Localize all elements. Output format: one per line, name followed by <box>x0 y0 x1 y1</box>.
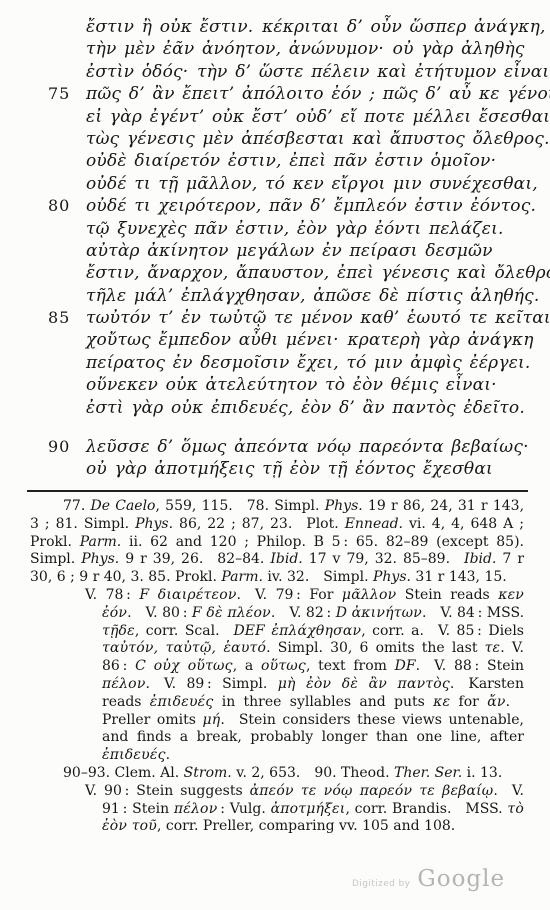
verse-line-text: πῶς δ’ ἂν ἔπειτ’ ἀπόλοιτο ἐόν ; πῶς δ’ α… <box>86 84 550 104</box>
apparatus-segment: . V. 82 : <box>271 605 336 621</box>
apparatus-segment: ἀκινήτων <box>347 605 422 621</box>
apparatus-segment: Strom. <box>184 765 232 781</box>
apparatus-citations: 77. De Caelo, 559, 115. 78. Simpl. Phys.… <box>30 498 524 587</box>
verse-line: αὐτὰρ ἀκίνητον μεγάλων ἐν πείρασι δεσμῶν <box>0 240 548 262</box>
apparatus-segment: iv. 32. Simpl. <box>263 569 373 585</box>
apparatus-segment: D <box>336 605 347 621</box>
apparatus-segment: ἐπιδευές <box>102 747 166 763</box>
verse-line: ἔστιν ἢ οὐκ ἔστιν. κέκριται δ’ οὖν ὥσπερ… <box>0 16 548 38</box>
apparatus-segment: , a <box>233 658 261 674</box>
apparatus-segment: i. 13. <box>462 765 502 781</box>
verse-line: οὐδὲ διαίρετόν ἐστιν, ἐπεὶ πᾶν ἐστιν ὁμο… <box>0 150 548 172</box>
verse-line: 85τωὐτόν τ’ ἐν τωὐτῷ τε μένον καθ’ ἑωυτό… <box>0 307 548 329</box>
apparatus-segment: πέλον <box>102 676 146 692</box>
verse-line: ἔστιν, ἄναρχον, ἄπαυστον, ἐπεὶ γένεσις κ… <box>0 262 548 284</box>
verse-line: ἐστὶ γὰρ οὐκ ἐπιδευές, ἐὸν δ’ ἂν παντὸς … <box>0 397 548 419</box>
verse-line: οὐ γὰρ ἀποτμήξεις τῇ ἐὸν τῇ ἐόντος ἔχεσθ… <box>0 458 548 480</box>
apparatus-segment: Phys. <box>81 551 119 567</box>
verse-line-text: οὕνεκεν οὐκ ἀτελεύτητον τὸ ἐὸν θέμις εἶν… <box>86 375 497 395</box>
verse-line-number: 80 <box>48 195 70 217</box>
apparatus-segment: , corr. a. V. 85 : Diels <box>361 623 524 639</box>
verse-line-text: ἔστιν, ἄναρχον, ἄπαυστον, ἐπεὶ γένεσις κ… <box>86 263 550 283</box>
verse-line: χοὔτως ἔμπεδον αὖθι μένει· κρατερὴ γὰρ ἀ… <box>0 329 548 351</box>
google-watermark: Digitized by Google <box>352 866 542 900</box>
verse-line-text: οὐδὲ διαίρετόν ἐστιν, ἐπεὶ πᾶν ἐστιν ὁμο… <box>86 151 496 171</box>
book-page: ἔστιν ἢ οὐκ ἔστιν. κέκριται δ’ οὖν ὥσπερ… <box>0 0 550 910</box>
verse-line: πείρατος ἐν δεσμοῖσιν ἔχει, τό μιν ἀμφὶς… <box>0 352 548 374</box>
verse-line: τῆλε μάλ’ ἐπλάγχθησαν, ἀπῶσε δὲ πίστις ἀ… <box>0 285 548 307</box>
verse-line-number: 75 <box>48 83 70 105</box>
verse-line-text: οὐδέ τι τῇ μᾶλλον, τό κεν εἴργοι μιν συν… <box>86 174 538 194</box>
apparatus-segment: ἐπιδευές <box>150 694 214 710</box>
verse-line-text: τωὐτόν τ’ ἐν τωὐτῷ τε μένον καθ’ ἑωυτό τ… <box>86 308 550 328</box>
apparatus-segment: v. 2, 653. 90. Theod. <box>232 765 394 781</box>
apparatus-segment: 9 r 39, 26. 82–84. <box>119 551 270 567</box>
apparatus-segment: Ennead. <box>345 516 403 532</box>
apparatus-segment: Phys. <box>135 516 173 532</box>
verse-line: 80οὐδέ τι χειρότερον, πᾶν δ’ ἔμπλεόν ἐστ… <box>0 195 548 217</box>
verse-line-text: τὴν μὲν ἐᾶν ἀνόητον, ἀνώνυμον· οὐ γὰρ ἀλ… <box>86 39 525 59</box>
critical-apparatus: 77. De Caelo, 559, 115. 78. Simpl. Phys.… <box>30 498 524 836</box>
apparatus-segment: 17 v 79, 32. 85–89. <box>303 551 464 567</box>
apparatus-notes: V. 90 : Stein suggests ἀπεόν τε νόῳ παρε… <box>102 783 524 836</box>
apparatus-segment: . V. 79 : For <box>237 587 342 603</box>
apparatus-segment: Ther. Ser. <box>394 765 462 781</box>
apparatus-segment: ἀπεόν τε νόῳ παρεόν τε βεβαίῳ <box>250 783 494 799</box>
verse-line-text: πείρατος ἐν δεσμοῖσιν ἔχει, τό μιν ἀμφὶς… <box>86 353 531 373</box>
verse-line: 90λεῦσσε δ’ ὅμως ἀπεόντα νόῳ παρεόντα βε… <box>0 436 548 458</box>
apparatus-segment: V. 78 : <box>85 587 139 603</box>
apparatus-segment: V. 90 : Stein suggests <box>85 783 250 799</box>
verse-line-text: τὼς γένεσις μὲν ἀπέσβεσται καὶ ἄπυστος ὄ… <box>86 129 550 149</box>
apparatus-citations: 90–93. Clem. Al. Strom. v. 2, 653. 90. T… <box>30 765 524 783</box>
apparatus-segment: Phys. <box>373 569 411 585</box>
verse-line-text: ἔστιν ἢ οὐκ ἔστιν. κέκριται δ’ οὖν ὥσπερ… <box>86 17 546 37</box>
apparatus-segment: . V. 84 : MSS. <box>422 605 524 621</box>
verse-line-text: τῷ ξυνεχὲς πᾶν ἐστιν, ἐὸν γὰρ ἐόντι πελά… <box>86 219 504 239</box>
apparatus-segment: . Simpl. 30, 6 omits the last <box>266 640 484 656</box>
apparatus-segment: τῇδε <box>102 623 135 639</box>
apparatus-segment: F <box>139 587 149 603</box>
greek-verse: ἔστιν ἢ οὐκ ἔστιν. κέκριται δ’ οὖν ὥσπερ… <box>0 16 548 481</box>
apparatus-segment: Parm. <box>80 534 122 550</box>
verse-line: τῷ ξυνεχὲς πᾶν ἐστιν, ἐὸν γὰρ ἐόντι πελά… <box>0 218 548 240</box>
apparatus-segment: διαιρέτεον <box>149 587 236 603</box>
apparatus-segment: De Caelo <box>91 498 156 514</box>
apparatus-segment: δὲ πλέον <box>202 605 271 621</box>
digitized-by-label: Digitized by <box>352 879 410 889</box>
apparatus-segment: . V. 80 : <box>127 605 192 621</box>
apparatus-segment: Parm. <box>221 569 263 585</box>
verse-line: ἐστὶν ὁδός· τὴν δ’ ὥστε πέλειν καὶ ἐτήτυ… <box>0 61 548 83</box>
verse-line: τὴν μὲν ἐᾶν ἀνόητον, ἀνώνυμον· οὐ γὰρ ἀλ… <box>0 38 548 60</box>
verse-line-number: 90 <box>48 436 70 458</box>
apparatus-segment: μὴ ἐὸν δὲ ἂν παντὸς <box>278 676 450 692</box>
verse-line-text: χοὔτως ἔμπεδον αὖθι μένει· κρατερὴ γὰρ ἀ… <box>86 330 534 350</box>
apparatus-segment: C <box>135 658 146 674</box>
verse-line-text: οὐ γὰρ ἀποτμήξεις τῇ ἐὸν τῇ ἐόντος ἔχεσθ… <box>86 459 493 479</box>
apparatus-segment: ἀποτμήξει <box>271 801 346 817</box>
apparatus-segment: πέλον <box>174 801 218 817</box>
apparatus-segment: in three syllables and puts <box>213 694 433 710</box>
apparatus-segment: ἐπλάχθησαν <box>265 623 362 639</box>
apparatus-segment: οὐχ οὕτως <box>146 658 233 674</box>
apparatus-segment: , corr. Preller, comparing vv. 105 and 1… <box>157 818 455 834</box>
verse-line: οὐδέ τι τῇ μᾶλλον, τό κεν εἴργοι μιν συν… <box>0 173 548 195</box>
divider-rule <box>27 490 528 492</box>
verse-line-text: οὐδέ τι χειρότερον, πᾶν δ’ ἔμπλεόν ἐστιν… <box>86 196 536 216</box>
apparatus-segment: . <box>166 747 170 763</box>
apparatus-segment: 31 r 143, 15. <box>411 569 507 585</box>
apparatus-segment: DEF <box>234 623 265 639</box>
apparatus-segment: F <box>192 605 202 621</box>
verse-line-text: ἐστὶ γὰρ οὐκ ἐπιδευές, ἐὸν δ’ ἂν παντὸς … <box>86 398 525 418</box>
apparatus-notes: V. 78 : F διαιρέτεον. V. 79 : For μᾶλλον… <box>102 587 524 765</box>
apparatus-segment: Phys. <box>325 498 363 514</box>
verse-line: 75πῶς δ’ ἂν ἔπειτ’ ἀπόλοιτο ἐόν ; πῶς δ’… <box>0 83 548 105</box>
verse-line: εἰ γὰρ ἐγέντ’ οὐκ ἔστ’ οὐδ’ εἴ ποτε μέλλ… <box>0 106 548 128</box>
apparatus-segment: κε <box>433 694 450 710</box>
apparatus-segment: DF <box>395 658 416 674</box>
apparatus-segment: for <box>450 694 487 710</box>
verse-line-text: εἰ γὰρ ἐγέντ’ οὐκ ἔστ’ οὐδ’ εἴ ποτε μέλλ… <box>86 107 550 127</box>
apparatus-segment: Ibid. <box>464 551 496 567</box>
verse-line-text: λεῦσσε δ’ ὅμως ἀπεόντα νόῳ παρεόντα βεβα… <box>86 437 529 457</box>
apparatus-segment: τε <box>485 640 501 656</box>
apparatus-segment: μή <box>203 712 221 728</box>
verse-line: οὕνεκεν οὐκ ἀτελεύτητον τὸ ἐὸν θέμις εἶν… <box>0 374 548 396</box>
apparatus-segment: , text from <box>306 658 395 674</box>
apparatus-segment: , corr. Scal. <box>135 623 234 639</box>
apparatus-segment: . V. 89 : Simpl. <box>146 676 278 692</box>
verse-line-text: αὐτὰρ ἀκίνητον μεγάλων ἐν πείρασι δεσμῶν <box>86 241 493 261</box>
apparatus-segment: ταὐτόν, ταὐτῷ, ἑαυτό <box>102 640 266 656</box>
verse-line: τὼς γένεσις μὲν ἀπέσβεσται καὶ ἄπυστος ὄ… <box>0 128 548 150</box>
apparatus-segment: 90–93. Clem. Al. <box>63 765 184 781</box>
apparatus-segment: 86, 22 ; 87, 23. Plot. <box>173 516 345 532</box>
apparatus-segment: : Vulg. <box>217 801 270 817</box>
verse-line-number: 85 <box>48 307 70 329</box>
apparatus-segment: οὕτως <box>261 658 306 674</box>
apparatus-segment: , corr. Brandis. MSS. <box>345 801 507 817</box>
apparatus-segment: Stein reads <box>396 587 498 603</box>
verse-line-text: τῆλε μάλ’ ἐπλάγχθησαν, ἀπῶσε δὲ πίστις ἀ… <box>86 286 540 306</box>
apparatus-segment: ἄν <box>487 694 505 710</box>
verse-line-text: ἐστὶν ὁδός· τὴν δ’ ὥστε πέλειν καὶ ἐτήτυ… <box>86 62 550 82</box>
google-logo: Google <box>417 866 505 892</box>
apparatus-segment: . V. 88 : Stein <box>416 658 524 674</box>
apparatus-segment: 77. <box>63 498 91 514</box>
apparatus-segment: Ibid. <box>270 551 302 567</box>
apparatus-segment: μᾶλλον <box>342 587 396 603</box>
apparatus-segment: , 559, 115. 78. Simpl. <box>156 498 325 514</box>
